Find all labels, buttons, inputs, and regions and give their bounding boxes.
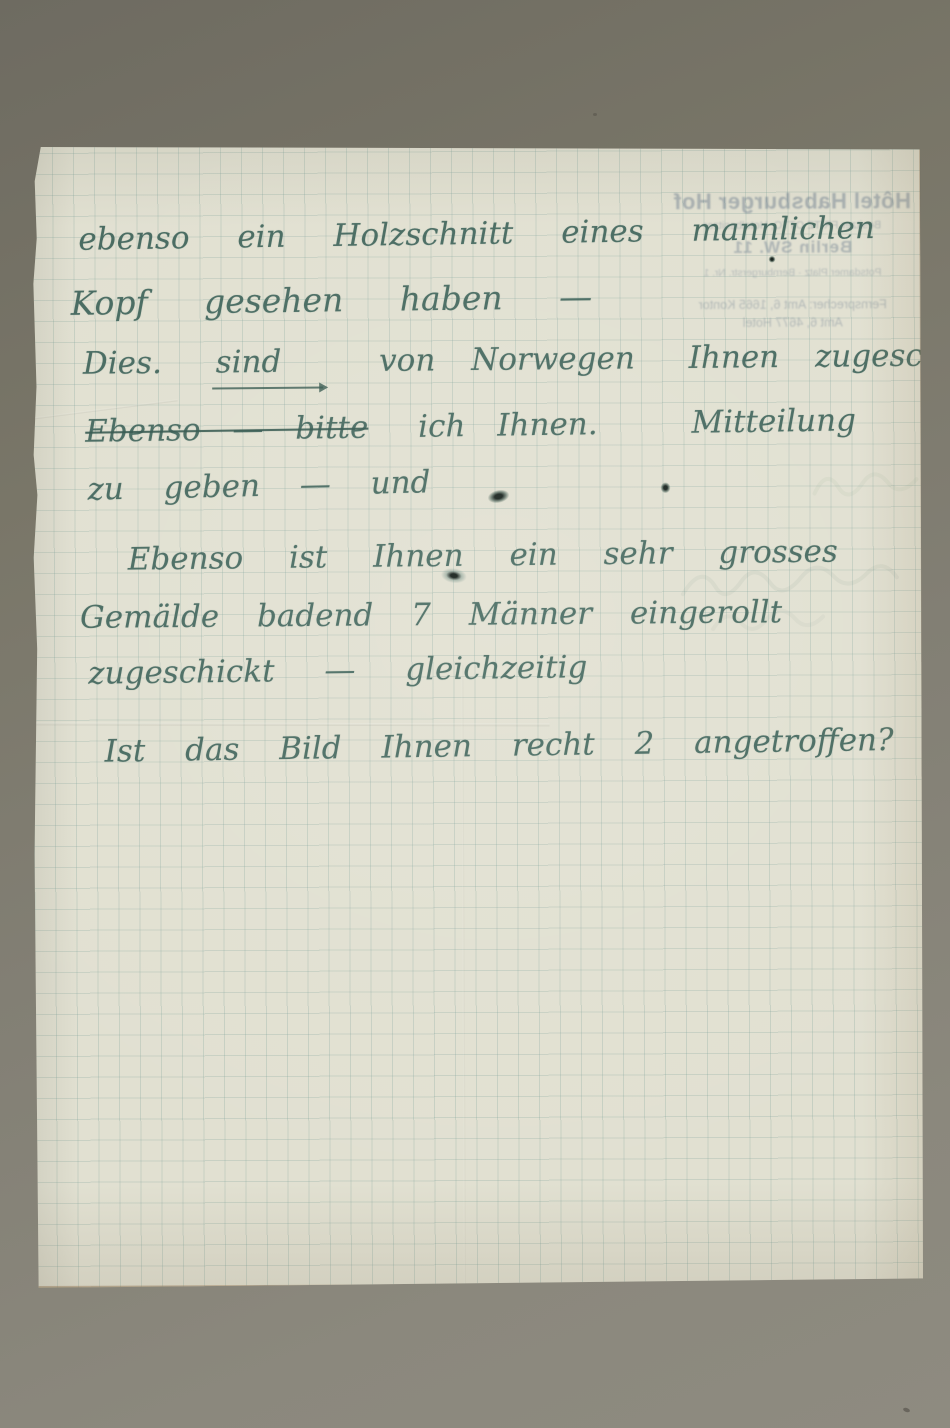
handwriting-line-8: zugeschickt — gleichzeitig [88, 649, 588, 692]
letterhead-address: Potsdamer Platz · Bernburgerstr. Nr. 1 [644, 266, 942, 279]
handwriting-text: ebenso ein Holzschnitt eines mannlichen [78, 210, 875, 258]
dust-speck [593, 113, 597, 116]
handwriting-line-9: Ist das Bild Ihnen recht 2 angetroffen? [104, 722, 894, 770]
handwriting-text: Gemälde badend 7 Männer eingerollt [80, 594, 782, 636]
handwriting-text: Kopf gesehen haben — [70, 277, 592, 323]
handwriting-text: Mitteilung [691, 402, 856, 440]
handwriting-line-2: Kopf gesehen haben — [70, 277, 592, 323]
handwriting-underlined-word: sind [216, 344, 282, 381]
dust-speck [903, 1407, 911, 1413]
mirrored-letterhead: Hôtel Habsburger Hof Besitzer FRITZ OTTO… [643, 188, 942, 330]
squared-paper-sheet: Hôtel Habsburger Hof Besitzer FRITZ OTTO… [31, 143, 925, 1288]
letterhead-phone-2: Amt 6, 4677 Hotel [644, 315, 942, 330]
paper-bottom-edge [36, 1282, 925, 1289]
horizontal-crease [34, 722, 550, 726]
handwriting-text: Ihnen zugeschickt [688, 337, 950, 376]
handwriting-text: von Norwegen [379, 340, 635, 378]
handwriting-line-7: Gemälde badend 7 Männer eingerollt [80, 594, 782, 636]
handwriting-line-4: Ebenso — bitte ich Ihnen. Mitteilung [85, 402, 856, 449]
letterhead-phone-1: Fernsprecher: Amt 6, 1665 Kontor [644, 297, 942, 312]
ink-blot [768, 256, 775, 263]
bleed-through-scribble [802, 443, 932, 524]
handwriting-text: zu geben — und [87, 464, 431, 507]
handwriting-text: Dies. [83, 345, 162, 382]
handwriting-line-1: ebenso ein Holzschnitt eines mannlichen [78, 210, 875, 258]
handwriting-line-5: zu geben — und [87, 464, 431, 507]
handwriting-struck-words: Ebenso — bitte [85, 410, 369, 450]
ink-blot [486, 488, 510, 505]
handwriting-line-6: Ebenso ist Ihnen ein sehr grosses [128, 534, 838, 578]
handwriting-text: Ebenso ist Ihnen ein sehr grosses [128, 534, 838, 578]
handwriting-text: Ist das Bild Ihnen recht 2 angetroffen? [104, 722, 894, 770]
paper-right-edge [919, 143, 926, 1284]
handwriting-text: zugeschickt — gleichzeitig [88, 649, 588, 692]
ink-blot [660, 482, 670, 493]
handwriting-line-3: Dies. sind von Norwegen Ihnen zugeschick… [83, 337, 950, 382]
photo-of-document: { "photo": { "backdrop_color": "#827F74"… [0, 0, 950, 1428]
handwriting-text: ich Ihnen. [418, 406, 598, 445]
